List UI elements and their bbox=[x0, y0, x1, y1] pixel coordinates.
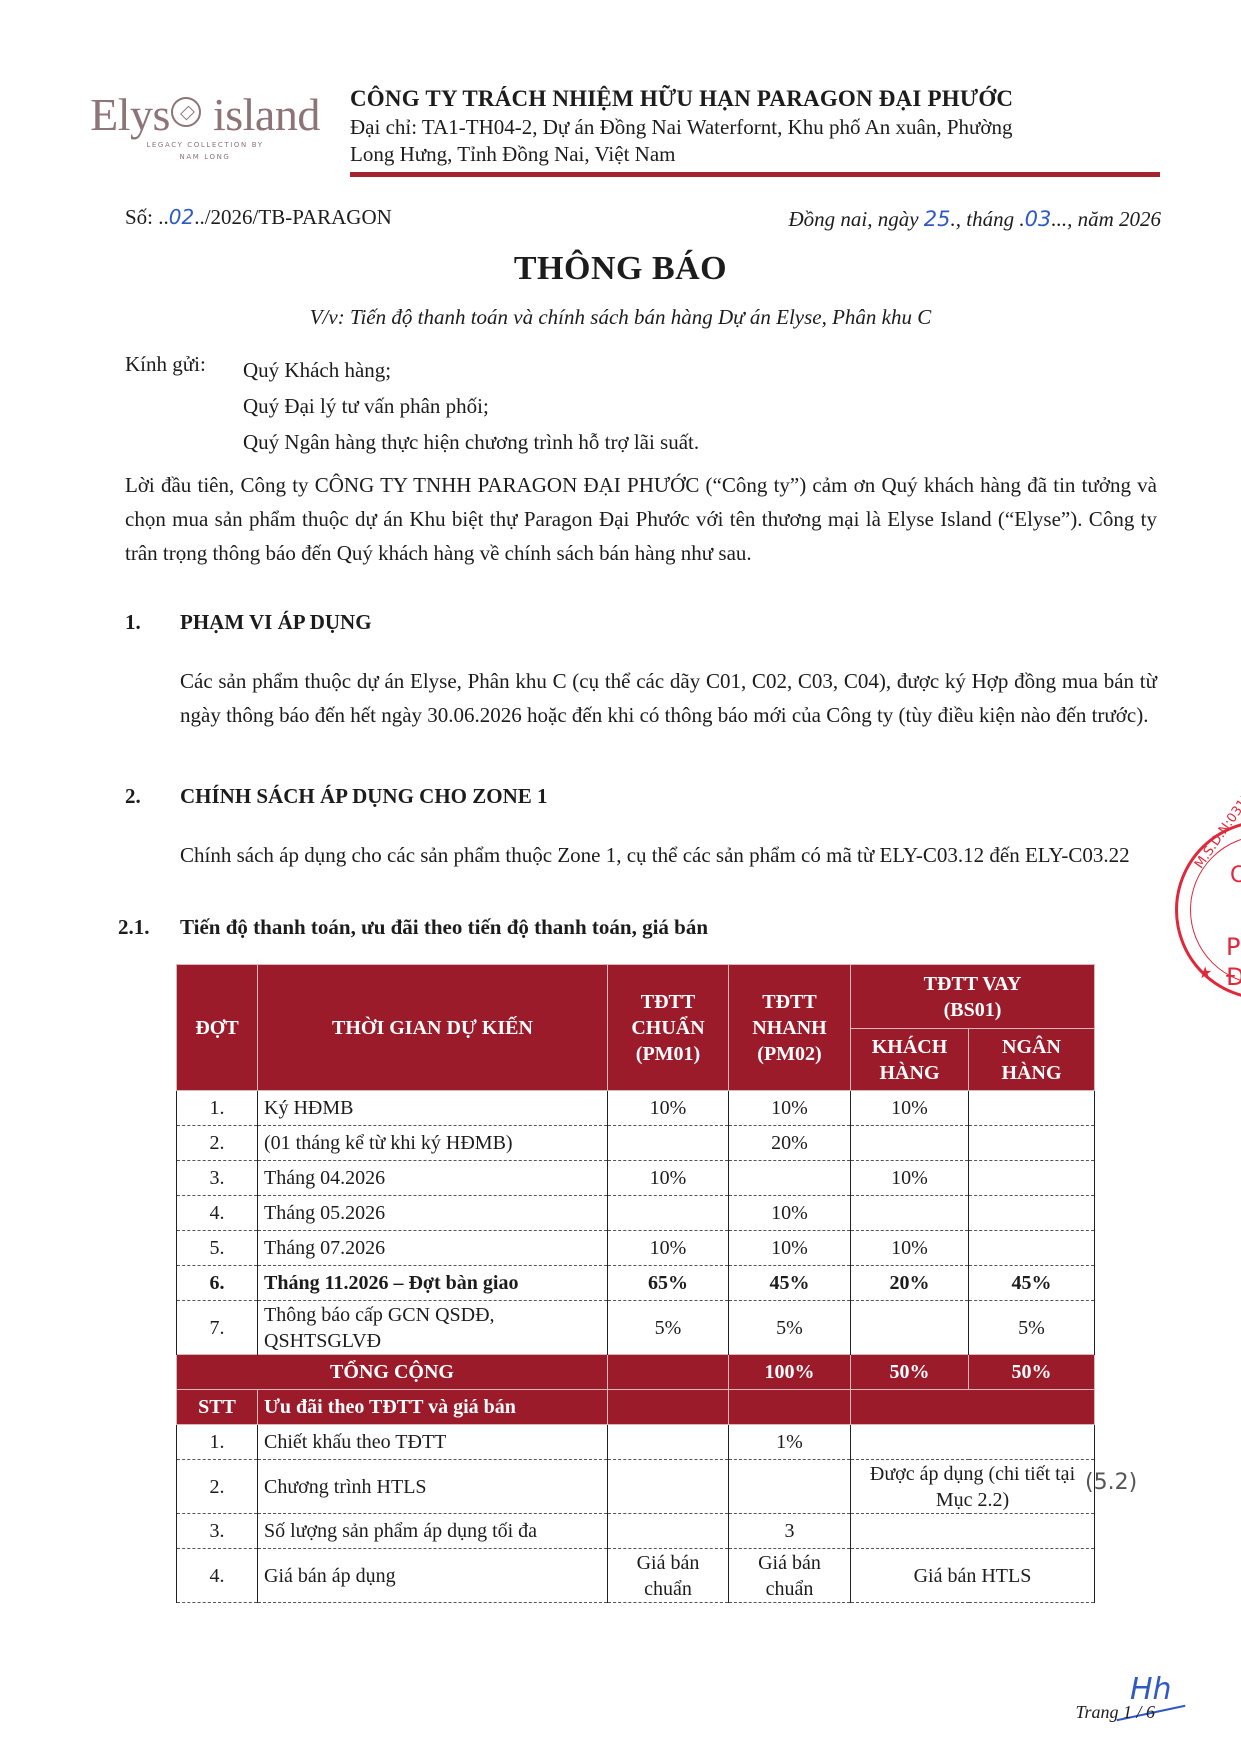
logo-wordmark: Elys island bbox=[90, 92, 320, 138]
header-khach-l2: HÀNG bbox=[855, 1060, 964, 1086]
incentive-stt: 4. bbox=[177, 1549, 258, 1603]
header-khach-l1: KHÁCH bbox=[855, 1034, 964, 1060]
cell-pm01: 10% bbox=[608, 1161, 729, 1196]
date-part-2: ., tháng . bbox=[951, 207, 1025, 231]
incentive-vay bbox=[851, 1425, 1095, 1460]
incentive-vay bbox=[851, 1514, 1095, 1549]
table-row: 3.Tháng 04.202610%10% bbox=[177, 1161, 1095, 1196]
incentive-label: Giá bán áp dụng bbox=[258, 1549, 608, 1603]
logo-emblem-icon bbox=[171, 97, 201, 127]
section-1-body: Các sản phẩm thuộc dự án Elyse, Phân khu… bbox=[180, 664, 1157, 732]
total-pm02: 100% bbox=[729, 1355, 851, 1390]
header-vay-l1: TĐTT VAY bbox=[855, 971, 1090, 997]
incentive-label: Số lượng sản phẩm áp dụng tối đa bbox=[258, 1514, 608, 1549]
total-row: TỔNG CỘNG100%50%50% bbox=[177, 1355, 1095, 1390]
incentive-stt: 1. bbox=[177, 1425, 258, 1460]
incentive-row: 3.Số lượng sản phẩm áp dụng tối đa3 bbox=[177, 1514, 1095, 1549]
incentive-header-label: Ưu đãi theo TĐTT và giá bán bbox=[258, 1390, 608, 1425]
cell-khach-hang: 10% bbox=[851, 1231, 969, 1266]
incentive-stt: 3. bbox=[177, 1514, 258, 1549]
cell-time: Tháng 11.2026 – Đợt bàn giao bbox=[258, 1266, 608, 1301]
cell-pm02 bbox=[729, 1161, 851, 1196]
cell-pm01: 10% bbox=[608, 1091, 729, 1126]
company-address-2: Long Hưng, Tỉnh Đồng Nai, Việt Nam bbox=[350, 141, 1170, 168]
total-ngan-hang: 50% bbox=[969, 1355, 1095, 1390]
cell-dot: 7. bbox=[177, 1301, 258, 1355]
header-ngan-l2: HÀNG bbox=[973, 1060, 1090, 1086]
table-row: 5.Tháng 07.202610%10%10% bbox=[177, 1231, 1095, 1266]
header-pm02-l1: TĐTT bbox=[733, 989, 846, 1015]
document-title: THÔNG BÁO bbox=[0, 250, 1241, 288]
reference-number: Số: ..02../2026/TB-PARAGON bbox=[125, 205, 392, 230]
cell-pm02: 45% bbox=[729, 1266, 851, 1301]
incentive-pm02: 3 bbox=[729, 1514, 851, 1549]
header-time: THỜI GIAN DỰ KIẾN bbox=[258, 965, 608, 1091]
company-seal-stamp: M.S.D.N:0315 C P Đ ★ bbox=[1175, 820, 1241, 1000]
incentive-vay: Được áp dụng (chi tiết tại Mục 2.2) bbox=[851, 1460, 1095, 1514]
incentive-header-row: STTƯu đãi theo TĐTT và giá bán bbox=[177, 1390, 1095, 1425]
section-1-number: 1. bbox=[125, 610, 141, 635]
header-pm02-l2: NHANH bbox=[733, 1015, 846, 1041]
cell-time: (01 tháng kể từ khi ký HĐMB) bbox=[258, 1126, 608, 1161]
incentive-pm01 bbox=[608, 1514, 729, 1549]
incentive-label: Chiết khấu theo TĐTT bbox=[258, 1425, 608, 1460]
incentive-pm01 bbox=[608, 1425, 729, 1460]
header-pm01-l2: CHUẨN bbox=[612, 1015, 724, 1041]
header-pm01: TĐTT CHUẨN (PM01) bbox=[608, 965, 729, 1091]
header-khach-hang: KHÁCH HÀNG bbox=[851, 1029, 969, 1091]
recipient-item: Quý Khách hàng; bbox=[243, 352, 699, 388]
logo-tagline-1: LEGACY COLLECTION BY bbox=[90, 140, 320, 150]
cell-ngan-hang: 45% bbox=[969, 1266, 1095, 1301]
ref-suffix: ../2026/TB-PARAGON bbox=[194, 205, 392, 229]
stamp-line-3: Đ bbox=[1226, 963, 1241, 991]
payment-schedule-table: ĐỢT THỜI GIAN DỰ KIẾN TĐTT CHUẨN (PM01) … bbox=[176, 964, 1095, 1603]
header-pm01-l3: (PM01) bbox=[612, 1041, 724, 1067]
incentive-header-vay bbox=[851, 1390, 1095, 1425]
cell-pm02: 10% bbox=[729, 1231, 851, 1266]
cell-dot: 6. bbox=[177, 1266, 258, 1301]
header-vay: TĐTT VAY (BS01) bbox=[851, 965, 1095, 1029]
cell-dot: 2. bbox=[177, 1126, 258, 1161]
stamp-code: M.S.D.N:0315 bbox=[1192, 790, 1241, 872]
section-2-1-title: Tiến độ thanh toán, ưu đãi theo tiến độ … bbox=[180, 915, 708, 940]
cell-dot: 3. bbox=[177, 1161, 258, 1196]
cell-khach-hang: 10% bbox=[851, 1091, 969, 1126]
header-pm01-l1: TĐTT bbox=[612, 989, 724, 1015]
incentive-row: 2.Chương trình HTLSĐược áp dụng (chi tiế… bbox=[177, 1460, 1095, 1514]
cell-dot: 4. bbox=[177, 1196, 258, 1231]
header-vay-l2: (BS01) bbox=[855, 997, 1090, 1023]
date-month: 03 bbox=[1025, 207, 1052, 231]
cell-khach-hang bbox=[851, 1126, 969, 1161]
total-pm01 bbox=[608, 1355, 729, 1390]
document-subject: V/v: Tiến độ thanh toán và chính sách bá… bbox=[0, 305, 1241, 330]
incentive-row: 1.Chiết khấu theo TĐTT1% bbox=[177, 1425, 1095, 1460]
date-part-3: ..., năm 2026 bbox=[1051, 207, 1161, 231]
cell-pm01: 65% bbox=[608, 1266, 729, 1301]
cell-time: Thông báo cấp GCN QSDĐ, QSHTSGLVĐ bbox=[258, 1301, 608, 1355]
cell-pm02: 10% bbox=[729, 1091, 851, 1126]
table-row: 2.(01 tháng kể từ khi ký HĐMB)20% bbox=[177, 1126, 1095, 1161]
incentive-row: 4.Giá bán áp dụngGiá bán chuẩnGiá bán ch… bbox=[177, 1549, 1095, 1603]
cell-ngan-hang bbox=[969, 1231, 1095, 1266]
date-part-1: Đồng nai, ngày bbox=[788, 207, 923, 231]
letterhead-divider bbox=[350, 172, 1160, 177]
header-ngan-hang: NGÂN HÀNG bbox=[969, 1029, 1095, 1091]
cell-khach-hang bbox=[851, 1196, 969, 1231]
incentive-pm02: 1% bbox=[729, 1425, 851, 1460]
page-number: Trang 1 / 6 bbox=[1075, 1702, 1155, 1723]
incentive-pm01: Giá bán chuẩn bbox=[608, 1549, 729, 1603]
cell-pm01 bbox=[608, 1196, 729, 1231]
company-block: CÔNG TY TRÁCH NHIỆM HỮU HẠN PARAGON ĐẠI … bbox=[350, 84, 1170, 168]
cell-khach-hang bbox=[851, 1301, 969, 1355]
elyse-island-logo: Elys island LEGACY COLLECTION BY NAM LON… bbox=[90, 92, 320, 162]
handwritten-margin-note: (5.2) bbox=[1085, 1470, 1137, 1495]
stamp-star-icon: ★ bbox=[1198, 963, 1212, 982]
section-2-title: CHÍNH SÁCH ÁP DỤNG CHO ZONE 1 bbox=[180, 784, 548, 809]
cell-time: Tháng 05.2026 bbox=[258, 1196, 608, 1231]
section-2-1-number: 2.1. bbox=[118, 915, 150, 940]
logo-word-right: island bbox=[213, 89, 320, 140]
date-day: 25 bbox=[924, 207, 951, 231]
recipients-list: Quý Khách hàng; Quý Đại lý tư vấn phân p… bbox=[243, 352, 699, 460]
header-dot: ĐỢT bbox=[177, 965, 258, 1091]
incentive-header-pm02 bbox=[729, 1390, 851, 1425]
table-row: 7.Thông báo cấp GCN QSDĐ, QSHTSGLVĐ5%5%5… bbox=[177, 1301, 1095, 1355]
cell-time: Ký HĐMB bbox=[258, 1091, 608, 1126]
dateline: Đồng nai, ngày 25., tháng .03..., năm 20… bbox=[788, 207, 1161, 232]
cell-pm01: 10% bbox=[608, 1231, 729, 1266]
section-1-title: PHẠM VI ÁP DỤNG bbox=[180, 610, 372, 635]
cell-pm02: 10% bbox=[729, 1196, 851, 1231]
ref-handwritten-number: 02 bbox=[169, 205, 194, 229]
cell-pm01 bbox=[608, 1126, 729, 1161]
company-name: CÔNG TY TRÁCH NHIỆM HỮU HẠN PARAGON ĐẠI … bbox=[350, 84, 1170, 114]
logo-tagline-2: NAM LONG bbox=[90, 152, 320, 162]
incentive-pm02 bbox=[729, 1460, 851, 1514]
header-pm02: TĐTT NHANH (PM02) bbox=[729, 965, 851, 1091]
section-2-body: Chính sách áp dụng cho các sản phẩm thuộ… bbox=[180, 838, 1157, 872]
incentive-pm01 bbox=[608, 1460, 729, 1514]
table-row: 4.Tháng 05.202610% bbox=[177, 1196, 1095, 1231]
table-row: 1.Ký HĐMB10%10%10% bbox=[177, 1091, 1095, 1126]
total-label: TỔNG CỘNG bbox=[177, 1355, 608, 1390]
recipients-label: Kính gửi: bbox=[125, 352, 206, 377]
section-2-number: 2. bbox=[125, 784, 141, 809]
recipient-item: Quý Ngân hàng thực hiện chương trình hỗ … bbox=[243, 424, 699, 460]
cell-time: Tháng 07.2026 bbox=[258, 1231, 608, 1266]
cell-ngan-hang bbox=[969, 1091, 1095, 1126]
incentive-header-stt: STT bbox=[177, 1390, 258, 1425]
table-row: 6.Tháng 11.2026 – Đợt bàn giao65%45%20%4… bbox=[177, 1266, 1095, 1301]
cell-ngan-hang bbox=[969, 1126, 1095, 1161]
logo-word-left: Elys bbox=[90, 89, 170, 140]
incentive-header-pm01 bbox=[608, 1390, 729, 1425]
cell-ngan-hang bbox=[969, 1161, 1095, 1196]
cell-pm01: 5% bbox=[608, 1301, 729, 1355]
cell-dot: 5. bbox=[177, 1231, 258, 1266]
header-pm02-l3: (PM02) bbox=[733, 1041, 846, 1067]
cell-dot: 1. bbox=[177, 1091, 258, 1126]
cell-time: Tháng 04.2026 bbox=[258, 1161, 608, 1196]
cell-pm02: 20% bbox=[729, 1126, 851, 1161]
cell-pm02: 5% bbox=[729, 1301, 851, 1355]
cell-khach-hang: 10% bbox=[851, 1161, 969, 1196]
header-ngan-l1: NGÂN bbox=[973, 1034, 1090, 1060]
incentive-pm02: Giá bán chuẩn bbox=[729, 1549, 851, 1603]
stamp-line-2: P bbox=[1226, 933, 1240, 961]
cell-ngan-hang: 5% bbox=[969, 1301, 1095, 1355]
intro-paragraph: Lời đầu tiên, Công ty CÔNG TY TNHH PARAG… bbox=[125, 468, 1157, 570]
cell-khach-hang: 20% bbox=[851, 1266, 969, 1301]
incentive-vay: Giá bán HTLS bbox=[851, 1549, 1095, 1603]
company-address-1: Đại chỉ: TA1-TH04-2, Dự án Đồng Nai Wate… bbox=[350, 114, 1170, 141]
ref-prefix: Số: .. bbox=[125, 205, 169, 229]
recipient-item: Quý Đại lý tư vấn phân phối; bbox=[243, 388, 699, 424]
total-khach-hang: 50% bbox=[851, 1355, 969, 1390]
incentive-label: Chương trình HTLS bbox=[258, 1460, 608, 1514]
incentive-stt: 2. bbox=[177, 1460, 258, 1514]
cell-ngan-hang bbox=[969, 1196, 1095, 1231]
stamp-line-1: C bbox=[1230, 863, 1241, 888]
